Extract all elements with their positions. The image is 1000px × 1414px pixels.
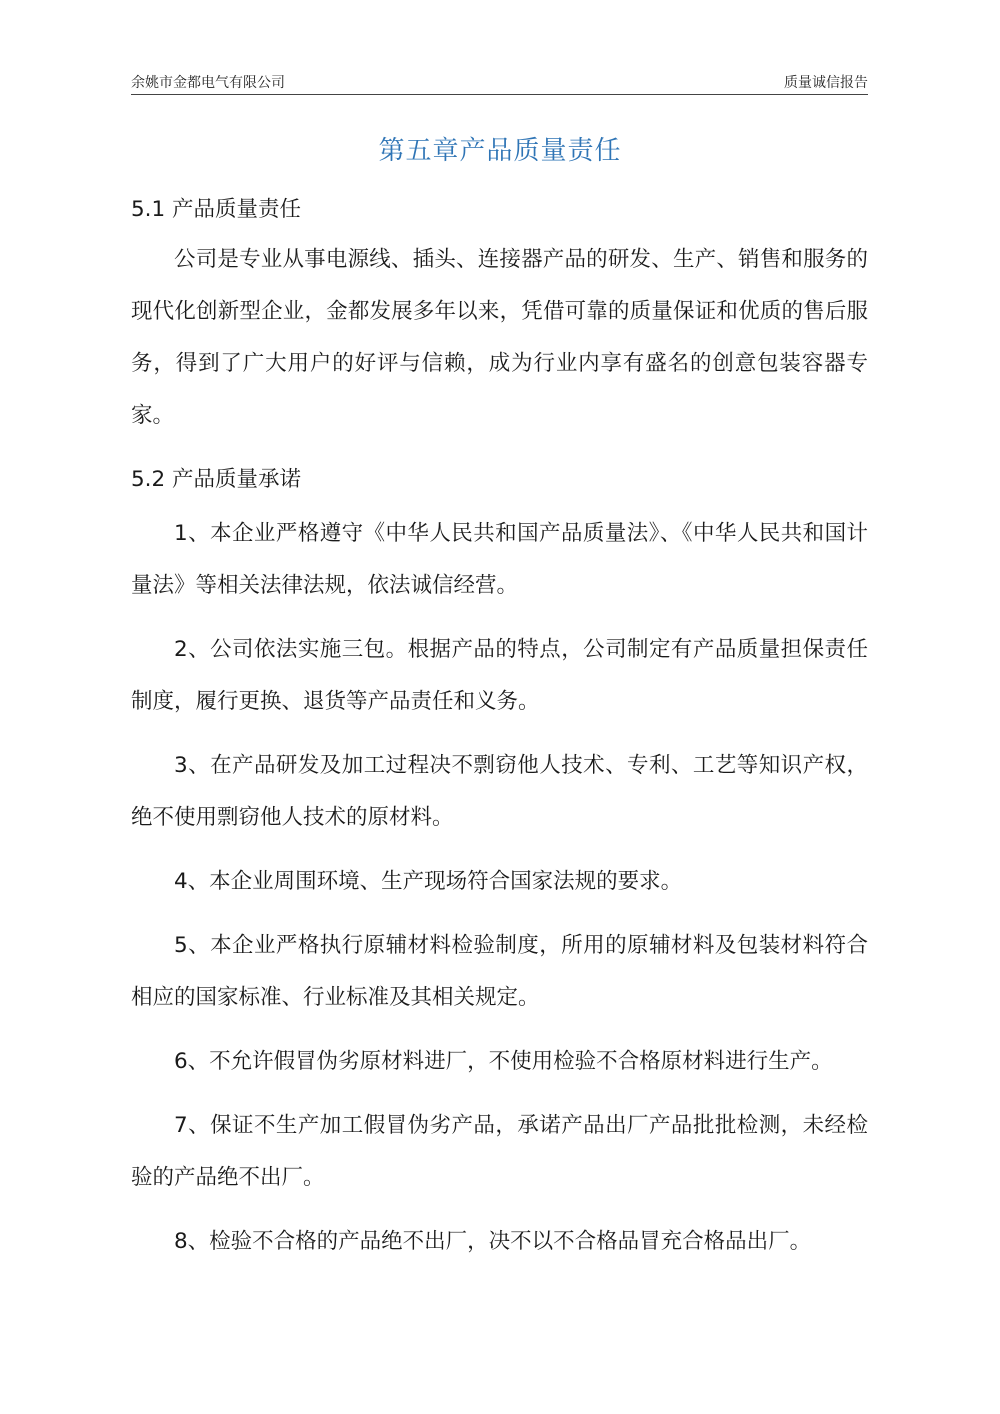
chapter-title: 第五章产品质量责任 (0, 130, 1000, 167)
commitment-item-2: 2、公司依法实施三包。根据产品的特点，公司制定有产品质量担保责任制度，履行更换、… (131, 624, 868, 728)
section-5-1-paragraph: 公司是专业从事电源线、插头、连接器产品的研发、生产、销售和服务的现代化创新型企业… (131, 234, 868, 442)
commitment-item-7: 7、保证不生产加工假冒伪劣产品，承诺产品出厂产品批批检测，未经检验的产品绝不出厂… (131, 1100, 868, 1204)
section-heading-5-2: 5.2 产品质量承诺 (131, 460, 868, 500)
commitment-item-8: 8、检验不合格的产品绝不出厂，决不以不合格品冒充合格品出厂。 (131, 1216, 868, 1268)
commitment-item-3: 3、在产品研发及加工过程决不剽窃他人技术、专利、工艺等知识产权，绝不使用剽窃他人… (131, 740, 868, 844)
header-company-name: 余姚市金都电气有限公司 (131, 72, 285, 92)
commitment-item-1: 1、本企业严格遵守《中华人民共和国产品质量法》、《中华人民共和国计量法》等相关法… (131, 508, 868, 612)
header-report-title: 质量诚信报告 (784, 72, 868, 92)
commitment-item-4: 4、本企业周围环境、生产现场符合国家法规的要求。 (131, 856, 868, 908)
commitment-item-5: 5、本企业严格执行原辅材料检验制度，所用的原辅材料及包装材料符合相应的国家标准、… (131, 920, 868, 1024)
section-heading-5-1: 5.1 产品质量责任 (131, 190, 868, 230)
document-body: 5.1 产品质量责任 公司是专业从事电源线、插头、连接器产品的研发、生产、销售和… (131, 190, 868, 1280)
page-header: 余姚市金都电气有限公司 质量诚信报告 (131, 72, 868, 95)
commitment-item-6: 6、不允许假冒伪劣原材料进厂，不使用检验不合格原材料进行生产。 (131, 1036, 868, 1088)
